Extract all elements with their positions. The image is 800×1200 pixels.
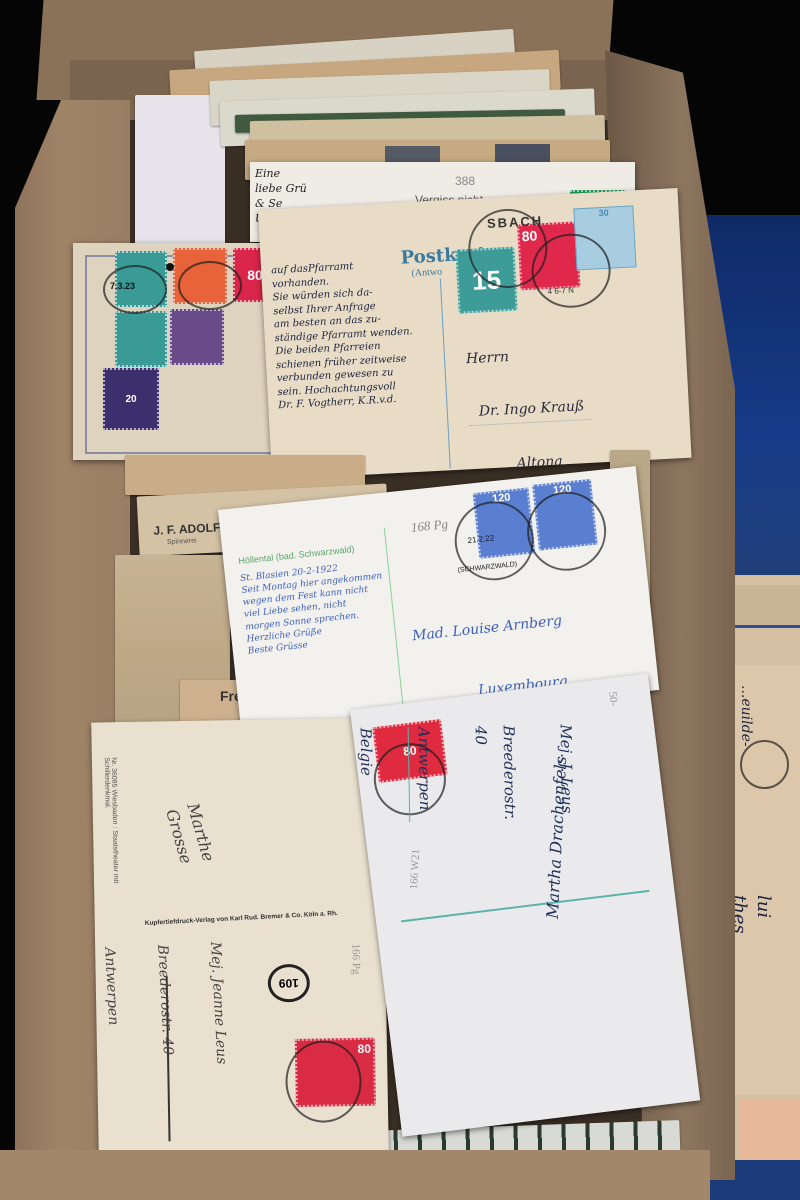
address-line: Breederostr. 40 <box>466 725 525 821</box>
stamp <box>170 309 224 365</box>
pink-paper <box>740 1100 800 1160</box>
censor-mark: 109 <box>267 964 310 1003</box>
postmark <box>740 740 789 789</box>
postcard-wiesbaden: Nr. 36085 Wiesbaden : Staatstheater mit … <box>91 718 389 1158</box>
punch-hole <box>166 263 174 271</box>
corner-note: 50- <box>606 691 620 707</box>
message-text: St. Blasien 20-2-1922 Seit Montag hier a… <box>240 558 393 658</box>
stamp <box>115 311 167 367</box>
address-line: Antwerpen <box>96 947 129 1071</box>
pencil-note: 168 Pg <box>410 516 449 536</box>
sender-name: J. F. ADOLFF <box>153 520 228 538</box>
postmark-town: SBACH <box>487 213 544 231</box>
publisher-line: Kupfertiefdruck-Verlag von Karl Rud. Bre… <box>145 910 338 927</box>
pencil-note: 388 <box>455 174 475 188</box>
address-line: Herrn <box>465 340 588 373</box>
sender-sub: Spinnerei <box>167 538 197 547</box>
letter-cursive: ...euilde- <box>736 685 755 747</box>
postmark <box>285 1040 362 1123</box>
adjacent-envelope <box>730 585 800 628</box>
address-line: Antwerpen <box>408 727 439 822</box>
pencil-note: 166 W21 <box>408 849 422 890</box>
divider-line <box>401 890 649 922</box>
recipient-address: Mej. Jeanne Leus Breederostr. 40 Antwerp… <box>91 940 261 1075</box>
box-front-wall <box>0 1150 710 1200</box>
postcard-antwerpen: 80 166 W21 50- Mej. J. Leus Breederostr.… <box>350 673 700 1136</box>
recipient-address: Mej. J. Leus Breederostr. 40 Antwerpen B… <box>350 724 610 824</box>
address-line: Mej. Jeanne Leus <box>202 941 235 1065</box>
message-text: auf dasPfarramt vorhanden. Sie würden si… <box>271 256 449 413</box>
postcard-left: 80 20 7.3.23 <box>73 243 283 460</box>
postmark-time: 4 6-7 N <box>547 286 574 296</box>
postmark-date: 7.3.23 <box>110 281 135 291</box>
series-caption: Nr. 36085 Wiesbaden : Staatstheater mit … <box>103 757 120 917</box>
recipient-address: Herrn Dr. Ingo Krauß Altona Heinrichstr.… <box>464 313 599 480</box>
address-line: Dr. Ingo Krauß <box>468 393 592 427</box>
stamp: 20 <box>103 368 159 430</box>
postcard-center: Postkarte (Antwo 15 80 30 SBACH 4 6-7 N … <box>258 188 692 480</box>
address-line: Breederostr. 40 <box>149 944 182 1068</box>
postmark <box>178 261 242 310</box>
pencil-note: 166 Pg <box>350 943 363 974</box>
message-text: Marthe Grosse <box>161 801 219 870</box>
right-edge-letter: ...euilde- lui thes <box>735 665 800 1095</box>
address-line: Mad. Louise Arnberg <box>411 604 575 652</box>
